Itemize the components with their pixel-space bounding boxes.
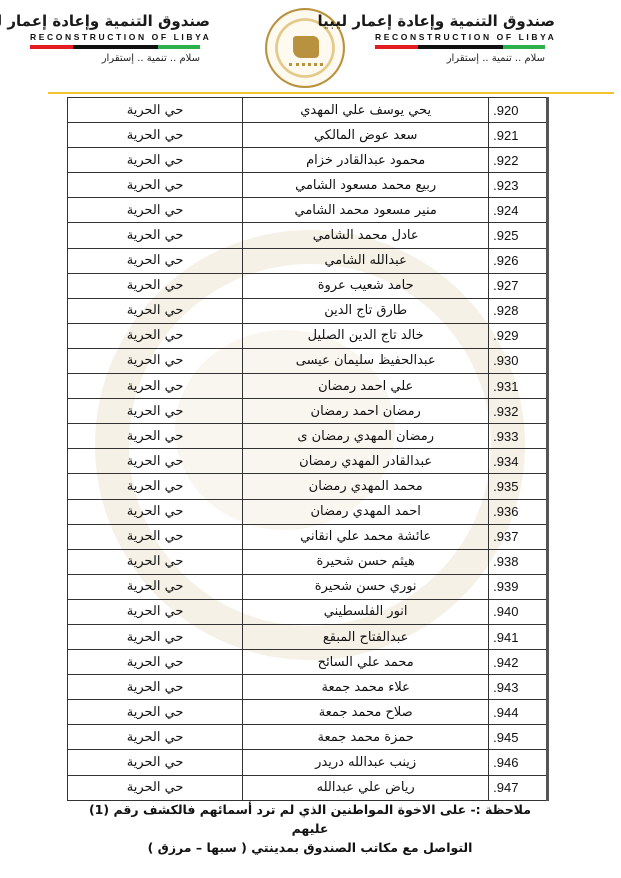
table-row: حي الحريةزينب عبدالله دريدر.946 <box>68 750 548 775</box>
number-cell: .946 <box>489 750 548 775</box>
name-cell: علي احمد رمضان <box>243 374 489 399</box>
footnote-line-1: ملاحظة :- على الاخوة المواطنين الذي لم ت… <box>70 800 550 838</box>
area-cell: حي الحرية <box>68 574 243 599</box>
area-cell: حي الحرية <box>68 675 243 700</box>
table-row: حي الحريةمحمود عبدالقادر خزام.922 <box>68 148 548 173</box>
footnote-line-2: التواصل مع مكاتب الصندوق بمدينتي ( سبها … <box>70 838 550 857</box>
number-cell: .931 <box>489 374 548 399</box>
number-cell: .947 <box>489 775 548 800</box>
table-row: حي الحريةحمزة محمد جمعة.945 <box>68 725 548 750</box>
brand-block-left: صندوق التنمية وإعادة إعمار ليبيا RECONST… <box>30 12 210 64</box>
area-cell: حي الحرية <box>68 725 243 750</box>
area-cell: حي الحرية <box>68 549 243 574</box>
number-cell: .944 <box>489 700 548 725</box>
number-cell: .942 <box>489 650 548 675</box>
table-row: حي الحريةرمضان المهدي رمضان ى.933 <box>68 424 548 449</box>
area-cell: حي الحرية <box>68 123 243 148</box>
name-cell: ربيع محمد مسعود الشامي <box>243 173 489 198</box>
number-cell: .922 <box>489 148 548 173</box>
table-row: حي الحريةيحي يوسف علي المهدي.920 <box>68 98 548 123</box>
area-cell: حي الحرية <box>68 323 243 348</box>
name-cell: صلاح محمد جمعة <box>243 700 489 725</box>
number-cell: .929 <box>489 323 548 348</box>
table-row: حي الحريةرمضان احمد رمضان.932 <box>68 399 548 424</box>
name-cell: خالد تاج الدين الصليل <box>243 323 489 348</box>
area-cell: حي الحرية <box>68 298 243 323</box>
area-cell: حي الحرية <box>68 449 243 474</box>
name-cell: حامد شعيب عروة <box>243 273 489 298</box>
area-cell: حي الحرية <box>68 650 243 675</box>
name-cell: عبدالفتاح المبقع <box>243 624 489 649</box>
name-cell: زينب عبدالله دريدر <box>243 750 489 775</box>
name-cell: سعد عوض المالكي <box>243 123 489 148</box>
area-cell: حي الحرية <box>68 524 243 549</box>
number-cell: .938 <box>489 549 548 574</box>
table-row: حي الحريةهيثم حسن شحيرة.938 <box>68 549 548 574</box>
number-cell: .937 <box>489 524 548 549</box>
name-cell: منير مسعود محمد الشامي <box>243 198 489 223</box>
table-row: حي الحريةعائشة محمد علي انقاني.937 <box>68 524 548 549</box>
number-cell: .926 <box>489 248 548 273</box>
number-cell: .941 <box>489 624 548 649</box>
name-cell: يحي يوسف علي المهدي <box>243 98 489 123</box>
area-cell: حي الحرية <box>68 499 243 524</box>
brand-name-english: RECONSTRUCTION OF LIBYA <box>375 32 555 42</box>
number-cell: .935 <box>489 474 548 499</box>
name-cell: رياض علي عبدالله <box>243 775 489 800</box>
area-cell: حي الحرية <box>68 148 243 173</box>
area-cell: حي الحرية <box>68 700 243 725</box>
letterhead: صندوق التنمية وإعادة إعمار ليبيا RECONST… <box>0 0 621 92</box>
number-cell: .939 <box>489 574 548 599</box>
brand-tagline: سلام .. تنمية .. إستقرار <box>375 53 545 64</box>
area-cell: حي الحرية <box>68 424 243 449</box>
area-cell: حي الحرية <box>68 775 243 800</box>
table-row: حي الحريةعلاء محمد جمعة.943 <box>68 675 548 700</box>
number-cell: .928 <box>489 298 548 323</box>
wreath-icon <box>289 60 323 66</box>
table-row: حي الحريةانور الفلسطيني.940 <box>68 599 548 624</box>
area-cell: حي الحرية <box>68 173 243 198</box>
name-cell: عبدالله الشامي <box>243 248 489 273</box>
table-row: حي الحريةعبدالحفيظ سليمان عيسى.930 <box>68 348 548 373</box>
area-cell: حي الحرية <box>68 248 243 273</box>
name-cell: حمزة محمد جمعة <box>243 725 489 750</box>
name-cell: احمد المهدي رمضان <box>243 499 489 524</box>
number-cell: .934 <box>489 449 548 474</box>
name-cell: علاء محمد جمعة <box>243 675 489 700</box>
name-cell: محمد المهدي رمضان <box>243 474 489 499</box>
beneficiaries-table: حي الحريةيحي يوسف علي المهدي.920حي الحري… <box>67 97 549 801</box>
libya-map-icon <box>293 36 319 58</box>
brand-name-arabic: صندوق التنمية وإعادة إعمار ليبيا <box>375 12 555 30</box>
name-cell: محمد علي السائح <box>243 650 489 675</box>
area-cell: حي الحرية <box>68 474 243 499</box>
name-cell: عائشة محمد علي انقاني <box>243 524 489 549</box>
table-row: حي الحريةعبدالفتاح المبقع.941 <box>68 624 548 649</box>
table-row: حي الحريةرياض علي عبدالله.947 <box>68 775 548 800</box>
table-row: حي الحريةحامد شعيب عروة.927 <box>68 273 548 298</box>
brand-block-right: صندوق التنمية وإعادة إعمار ليبيا RECONST… <box>375 12 555 64</box>
name-cell: عبدالقادر المهدي رمضان <box>243 449 489 474</box>
number-cell: .921 <box>489 123 548 148</box>
flag-color-bar <box>375 45 545 49</box>
flag-color-bar <box>30 45 200 49</box>
table-row: حي الحريةربيع محمد مسعود الشامي.923 <box>68 173 548 198</box>
number-cell: .923 <box>489 173 548 198</box>
number-cell: .920 <box>489 98 548 123</box>
table-row: حي الحريةعبدالقادر المهدي رمضان.934 <box>68 449 548 474</box>
area-cell: حي الحرية <box>68 198 243 223</box>
area-cell: حي الحرية <box>68 750 243 775</box>
table-row: حي الحريةخالد تاج الدين الصليل.929 <box>68 323 548 348</box>
number-cell: .924 <box>489 198 548 223</box>
table-row: حي الحريةمنير مسعود محمد الشامي.924 <box>68 198 548 223</box>
table-row: حي الحريةعبدالله الشامي.926 <box>68 248 548 273</box>
number-cell: .940 <box>489 599 548 624</box>
number-cell: .925 <box>489 223 548 248</box>
brand-tagline: سلام .. تنمية .. إستقرار <box>30 53 200 64</box>
name-cell: عبدالحفيظ سليمان عيسى <box>243 348 489 373</box>
name-cell: طارق تاج الدين <box>243 298 489 323</box>
number-cell: .930 <box>489 348 548 373</box>
number-cell: .927 <box>489 273 548 298</box>
area-cell: حي الحرية <box>68 599 243 624</box>
number-cell: .932 <box>489 399 548 424</box>
name-cell: رمضان احمد رمضان <box>243 399 489 424</box>
table-row: حي الحريةمحمد علي السائح.942 <box>68 650 548 675</box>
table-row: حي الحريةعلي احمد رمضان.931 <box>68 374 548 399</box>
number-cell: .943 <box>489 675 548 700</box>
area-cell: حي الحرية <box>68 223 243 248</box>
area-cell: حي الحرية <box>68 399 243 424</box>
area-cell: حي الحرية <box>68 624 243 649</box>
table-row: حي الحريةنوري حسن شحيرة.939 <box>68 574 548 599</box>
area-cell: حي الحرية <box>68 348 243 373</box>
name-cell: محمود عبدالقادر خزام <box>243 148 489 173</box>
name-cell: عادل محمد الشامي <box>243 223 489 248</box>
footnote: ملاحظة :- على الاخوة المواطنين الذي لم ت… <box>70 800 550 857</box>
name-cell: هيثم حسن شحيرة <box>243 549 489 574</box>
number-cell: .936 <box>489 499 548 524</box>
table-row: حي الحريةصلاح محمد جمعة.944 <box>68 700 548 725</box>
name-cell: انور الفلسطيني <box>243 599 489 624</box>
number-cell: .945 <box>489 725 548 750</box>
area-cell: حي الحرية <box>68 98 243 123</box>
name-cell: نوري حسن شحيرة <box>243 574 489 599</box>
table-row: حي الحريةمحمد المهدي رمضان.935 <box>68 474 548 499</box>
table-row: حي الحريةعادل محمد الشامي.925 <box>68 223 548 248</box>
number-cell: .933 <box>489 424 548 449</box>
name-cell: رمضان المهدي رمضان ى <box>243 424 489 449</box>
header-divider <box>48 92 614 94</box>
brand-name-english: RECONSTRUCTION OF LIBYA <box>30 32 210 42</box>
table-row: حي الحريةسعد عوض المالكي.921 <box>68 123 548 148</box>
area-cell: حي الحرية <box>68 374 243 399</box>
area-cell: حي الحرية <box>68 273 243 298</box>
table-row: حي الحريةطارق تاج الدين.928 <box>68 298 548 323</box>
brand-name-arabic: صندوق التنمية وإعادة إعمار ليبيا <box>30 12 210 30</box>
table-row: حي الحريةاحمد المهدي رمضان.936 <box>68 499 548 524</box>
